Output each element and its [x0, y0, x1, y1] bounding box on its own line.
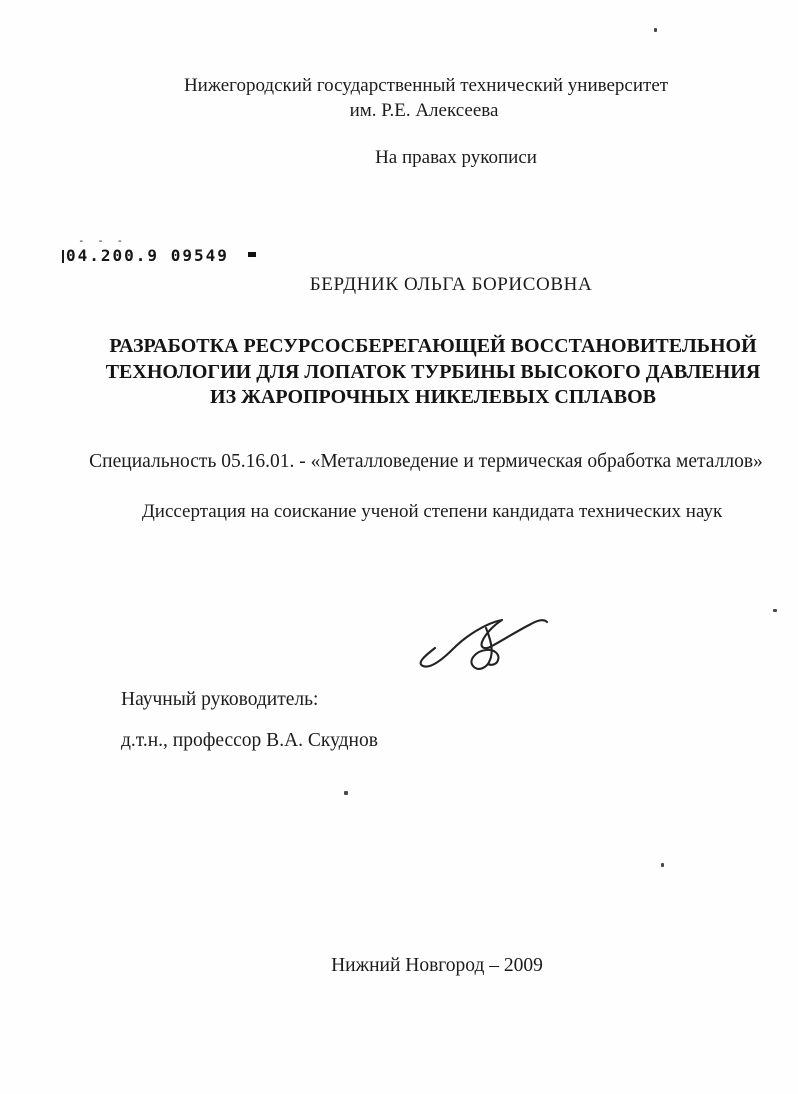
scan-speck	[344, 791, 348, 795]
title-line-3: ИЗ ЖАРОПРОЧНЫХ НИКЕЛЕВЫХ СПЛАВОВ	[88, 385, 778, 411]
stamp-square-mark	[248, 252, 256, 257]
stamp-number: 04.200.9 09549	[66, 246, 229, 265]
university-name-continued: им. Р.Е. Алексеева	[350, 100, 499, 122]
specialty-line: Специальность 05.16.01. - «Металловедени…	[89, 451, 763, 473]
city-and-year: Нижний Новгород – 2009	[331, 955, 543, 977]
dissertation-title: РАЗРАБОТКА РЕСУРСОСБЕРЕГАЮЩЕЙ ВОССТАНОВИ…	[88, 334, 778, 411]
stamp-edge-artifact	[62, 250, 64, 263]
scan-speck	[661, 863, 664, 867]
supervisor-label: Научный руководитель:	[121, 689, 318, 711]
title-line-1: РАЗРАБОТКА РЕСУРСОСБЕРЕГАЮЩЕЙ ВОССТАНОВИ…	[88, 334, 778, 360]
supervisor-name: д.т.н., профессор В.А. Скуднов	[121, 730, 378, 752]
inventory-stamp: - - - 04.200.9 09549	[62, 246, 256, 265]
handwritten-signature	[402, 598, 552, 678]
author-name: БЕРДНИК ОЛЬГА БОРИСОВНА	[310, 274, 593, 296]
signature-scribble-icon	[402, 598, 552, 678]
scan-speck	[773, 609, 777, 612]
dissertation-title-page: Нижегородский государственный технически…	[0, 0, 798, 1094]
manuscript-rights-note: На правах рукописи	[375, 147, 537, 169]
university-name: Нижегородский государственный технически…	[184, 75, 668, 97]
stamp-dash-marks: - - -	[78, 234, 126, 247]
title-line-2: ТЕХНОЛОГИИ ДЛЯ ЛОПАТОК ТУРБИНЫ ВЫСОКОГО …	[88, 360, 778, 386]
scan-speck	[654, 28, 657, 32]
degree-line: Диссертация на соискание ученой степени …	[142, 501, 722, 523]
